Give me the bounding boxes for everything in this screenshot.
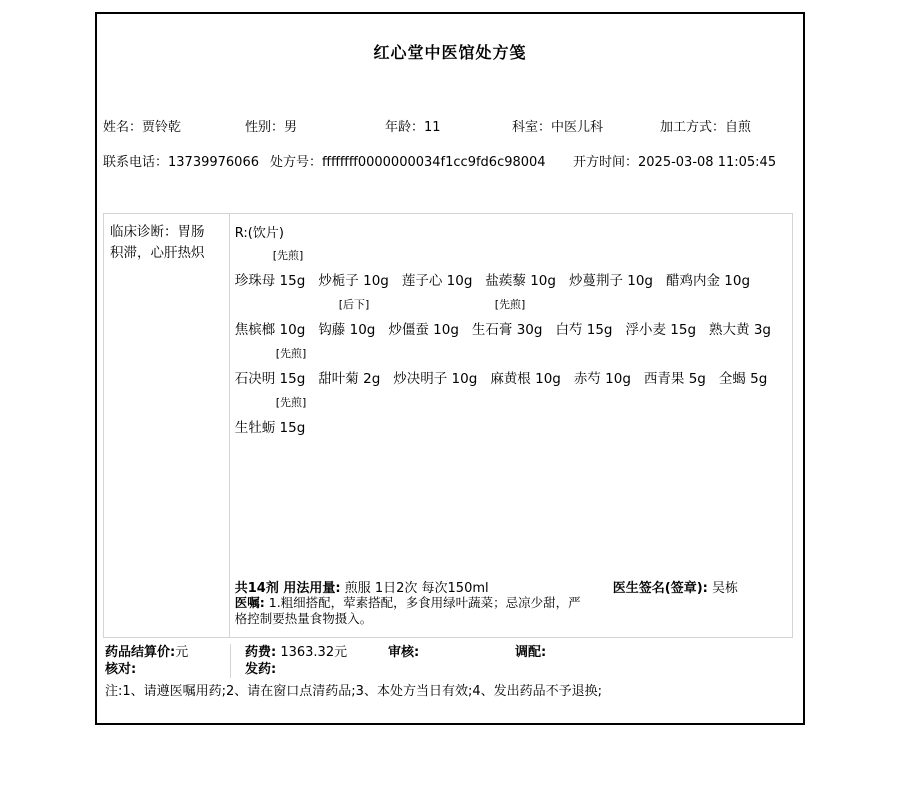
prescription-no-field: 处方号：ffffffff0000000034f1cc9fd6c98004 bbox=[270, 151, 546, 170]
first-decoct-tag: [先煎] bbox=[276, 345, 307, 361]
department-field: 科室：中医儿科 bbox=[512, 116, 603, 135]
herb-item: 钩藤 10g bbox=[318, 322, 375, 338]
patient-gender-field: 性别：男 bbox=[245, 116, 297, 135]
prescription-sheet: 红心堂中医馆处方笺 姓名：贾铃乾 性别：男 年龄：11 科室：中医儿科 加工方式… bbox=[95, 12, 805, 725]
herb-item: 赤芍 10g bbox=[574, 371, 631, 387]
herb-line: 石决明 15g甜叶菊 2g炒决明子 10g麻黄根 10g赤芍 10g西青果 5g… bbox=[235, 367, 784, 386]
decoction-tag-row: [先煎] bbox=[235, 345, 784, 359]
usage-field: 共14剂 用法用量: 煎服 1日2次 每次150ml bbox=[235, 577, 613, 594]
patient-info-row-1: 姓名：贾铃乾 性别：男 年龄：11 科室：中医儿科 加工方式：自煎 bbox=[97, 116, 803, 134]
footer-right-cell: 药费: 1363.32元 审核: 调配: 发药: bbox=[231, 644, 793, 678]
decoction-tag-row: [后下] [先煎] bbox=[235, 296, 784, 310]
herb-item: 全蝎 5g bbox=[719, 371, 767, 387]
check-field: 核对: bbox=[105, 661, 230, 678]
footer-left-cell: 药品结算价:元 核对: bbox=[103, 644, 231, 678]
fee-value: 1363.32元 bbox=[280, 645, 347, 660]
issue-time-field: 开方时间：2025-03-08 11:05:45 bbox=[573, 151, 776, 170]
herb-item: 炒栀子 10g bbox=[318, 273, 389, 289]
herb-line: 珍珠母 15g炒栀子 10g莲子心 10g盐蒺藜 10g炒蔓荆子 10g醋鸡内金… bbox=[235, 269, 784, 288]
first-decoct-tag: [先煎] bbox=[273, 247, 304, 263]
herb-item: 珍珠母 15g bbox=[235, 273, 306, 289]
herb-item: 浮小麦 15g bbox=[626, 322, 697, 338]
herb-item: 炒蔓荆子 10g bbox=[569, 273, 653, 289]
phone-field: 联系电话：13739976066 bbox=[103, 151, 259, 170]
patient-info-row-2: 联系电话：13739976066 处方号：ffffffff0000000034f… bbox=[97, 151, 803, 169]
rx-content: R:(饮片) [先煎] 珍珠母 15g炒栀子 10g莲子心 10g盐蒺藜 10g… bbox=[230, 214, 792, 637]
review-field: 审核: bbox=[388, 644, 419, 661]
processing-mode-field: 加工方式：自煎 bbox=[660, 116, 751, 135]
patient-age-field: 年龄：11 bbox=[385, 116, 441, 135]
first-decoct-tag: [先煎] bbox=[495, 296, 526, 312]
herb-item: 麻黄根 10g bbox=[490, 371, 561, 387]
herb-item: 熟大黄 3g bbox=[709, 322, 771, 338]
herb-item: 焦槟榔 10g bbox=[235, 322, 306, 338]
doctor-name: 吴栋 bbox=[712, 581, 738, 596]
herb-item: 西青果 5g bbox=[644, 371, 706, 387]
herb-item: 白芍 15g bbox=[555, 322, 612, 338]
first-decoct-tag: [先煎] bbox=[276, 394, 307, 410]
dispense-field: 发药: bbox=[245, 661, 276, 678]
herb-line: 焦槟榔 10g钩藤 10g炒僵蚕 10g生石膏 30g白芍 15g浮小麦 15g… bbox=[235, 318, 784, 337]
clinical-diagnosis: 临床诊断：胃肠积滞，心肝热炽 bbox=[104, 214, 230, 637]
herb-item: 盐蒺藜 10g bbox=[485, 273, 556, 289]
herb-item: 甜叶菊 2g bbox=[318, 371, 380, 387]
doctor-signature-field: 医生签名(签章): 吴栋 bbox=[613, 577, 738, 594]
herb-line: 生牡蛎 15g bbox=[235, 416, 784, 435]
decoction-tag-row: [先煎] bbox=[235, 247, 784, 261]
rx-prefix: R:(饮片) bbox=[235, 222, 784, 239]
decoction-tag-row: [先煎] bbox=[235, 394, 784, 408]
footer-note: 注:1、请遵医嘱用药;2、请在窗口点清药品;3、本处方当日有效;4、发出药品不予… bbox=[103, 680, 793, 697]
herb-item: 炒僵蚕 10g bbox=[388, 322, 459, 338]
herb-item: 生牡蛎 15g bbox=[235, 420, 306, 436]
fee-field: 药费: 1363.32元 bbox=[245, 644, 347, 661]
herb-item: 炒决明子 10g bbox=[393, 371, 477, 387]
diagnosis-label: 临床诊断： bbox=[110, 224, 178, 240]
herb-item: 生石膏 30g bbox=[472, 322, 543, 338]
prepare-field: 调配: bbox=[515, 644, 546, 661]
doctor-instructions: 医嘱: 1.粗细搭配，荤素搭配，多食用绿叶蔬菜；忌凉少甜，严格控制要热量食物摄入… bbox=[235, 595, 587, 627]
prescription-body: 临床诊断：胃肠积滞，心肝热炽 R:(饮片) [先煎] 珍珠母 15g炒栀子 10… bbox=[103, 213, 793, 638]
patient-name-field: 姓名：贾铃乾 bbox=[103, 116, 181, 135]
add-later-tag: [后下] bbox=[339, 296, 370, 312]
footer: 药品结算价:元 核对: 药费: 1363.32元 审核: 调配: 发药: 注:1… bbox=[103, 644, 793, 697]
herb-item: 莲子心 10g bbox=[402, 273, 473, 289]
settle-price-field: 药品结算价:元 bbox=[105, 644, 230, 661]
rx-bottom-block: 共14剂 用法用量: 煎服 1日2次 每次150ml 医生签名(签章): 吴栋 … bbox=[235, 577, 784, 627]
herb-item: 醋鸡内金 10g bbox=[666, 273, 750, 289]
herb-item: 石决明 15g bbox=[235, 371, 306, 387]
usage-row: 共14剂 用法用量: 煎服 1日2次 每次150ml 医生签名(签章): 吴栋 bbox=[235, 577, 784, 594]
page-title: 红心堂中医馆处方笺 bbox=[97, 40, 803, 63]
